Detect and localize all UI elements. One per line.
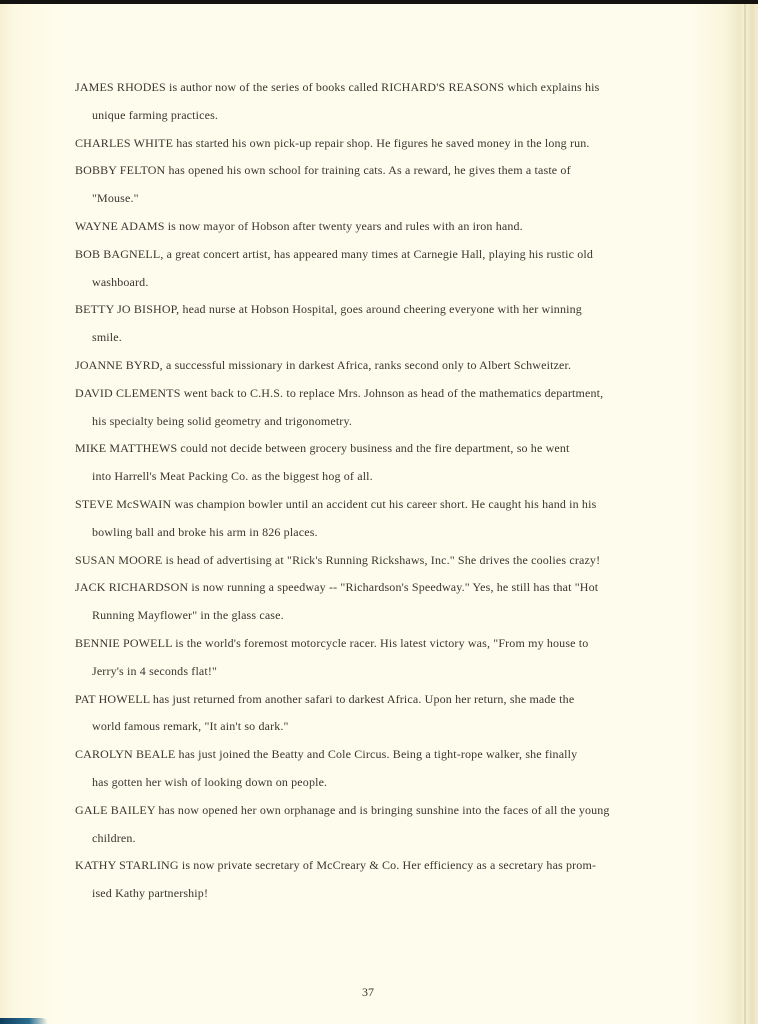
entry-david-clements: DAVID CLEMENTS went back to C.H.S. to re… <box>75 384 675 440</box>
entry-james-rhodes: JAMES RHODES is author now of the series… <box>75 78 675 134</box>
entry-line: JOANNE BYRD, a successful missionary in … <box>75 356 675 384</box>
entry-jack-richardson: JACK RICHARDSON is now running a speedwa… <box>75 578 675 634</box>
entry-betty-jo-bishop: BETTY JO BISHOP, head nurse at Hobson Ho… <box>75 300 675 356</box>
entry-line: SUSAN MOORE is head of advertising at "R… <box>75 551 675 579</box>
entry-line: JACK RICHARDSON is now running a speedwa… <box>75 578 675 606</box>
entry-line-continued: his specialty being solid geometry and t… <box>75 412 675 440</box>
entry-line-continued: "Mouse." <box>75 189 675 217</box>
entry-steve-mcswain: STEVE McSWAIN was champion bowler until … <box>75 495 675 551</box>
entry-joanne-byrd: JOANNE BYRD, a successful missionary in … <box>75 356 675 384</box>
entry-line: PAT HOWELL has just returned from anothe… <box>75 690 675 718</box>
entry-line: BETTY JO BISHOP, head nurse at Hobson Ho… <box>75 300 675 328</box>
entry-line-continued: world famous remark, "It ain't so dark." <box>75 717 675 745</box>
entry-line: BENNIE POWELL is the world's foremost mo… <box>75 634 675 662</box>
entry-wayne-adams: WAYNE ADAMS is now mayor of Hobson after… <box>75 217 675 245</box>
entry-line: KATHY STARLING is now private secretary … <box>75 856 675 884</box>
entry-line: WAYNE ADAMS is now mayor of Hobson after… <box>75 217 675 245</box>
scan-top-edge <box>0 0 758 4</box>
entry-line: DAVID CLEMENTS went back to C.H.S. to re… <box>75 384 675 412</box>
entry-line: CHARLES WHITE has started his own pick-u… <box>75 134 675 162</box>
entry-line-continued: bowling ball and broke his arm in 826 pl… <box>75 523 675 551</box>
entry-line: BOB BAGNELL, a great concert artist, has… <box>75 245 675 273</box>
entry-line: MIKE MATTHEWS could not decide between g… <box>75 439 675 467</box>
entry-carolyn-beale: CAROLYN BEALE has just joined the Beatty… <box>75 745 675 801</box>
entry-line-continued: unique farming practices. <box>75 106 675 134</box>
entry-mike-matthews: MIKE MATTHEWS could not decide between g… <box>75 439 675 495</box>
entry-bennie-powell: BENNIE POWELL is the world's foremost mo… <box>75 634 675 690</box>
entry-line: JAMES RHODES is author now of the series… <box>75 78 675 106</box>
page-number: 37 <box>362 985 374 1000</box>
entry-pat-howell: PAT HOWELL has just returned from anothe… <box>75 690 675 746</box>
entry-bob-bagnell: BOB BAGNELL, a great concert artist, has… <box>75 245 675 301</box>
scanned-page: JAMES RHODES is author now of the series… <box>0 0 758 1024</box>
entry-line-continued: smile. <box>75 328 675 356</box>
prophecy-list: JAMES RHODES is author now of the series… <box>75 78 675 912</box>
entry-susan-moore: SUSAN MOORE is head of advertising at "R… <box>75 551 675 579</box>
page-binding-edge <box>744 4 746 1024</box>
entry-line: GALE BAILEY has now opened her own orpha… <box>75 801 675 829</box>
entry-gale-bailey: GALE BAILEY has now opened her own orpha… <box>75 801 675 857</box>
entry-kathy-starling: KATHY STARLING is now private secretary … <box>75 856 675 912</box>
entry-line: STEVE McSWAIN was champion bowler until … <box>75 495 675 523</box>
entry-line: CAROLYN BEALE has just joined the Beatty… <box>75 745 675 773</box>
entry-line: BOBBY FELTON has opened his own school f… <box>75 161 675 189</box>
entry-line-continued: ised Kathy partnership! <box>75 884 675 912</box>
entry-line-continued: children. <box>75 829 675 857</box>
entry-line-continued: washboard. <box>75 273 675 301</box>
entry-bobby-felton: BOBBY FELTON has opened his own school f… <box>75 161 675 217</box>
entry-line-continued: Running Mayflower" in the glass case. <box>75 606 675 634</box>
entry-line-continued: has gotten her wish of looking down on p… <box>75 773 675 801</box>
scan-corner-artifact <box>0 1018 48 1024</box>
entry-line-continued: into Harrell's Meat Packing Co. as the b… <box>75 467 675 495</box>
entry-charles-white: CHARLES WHITE has started his own pick-u… <box>75 134 675 162</box>
entry-line-continued: Jerry's in 4 seconds flat!" <box>75 662 675 690</box>
